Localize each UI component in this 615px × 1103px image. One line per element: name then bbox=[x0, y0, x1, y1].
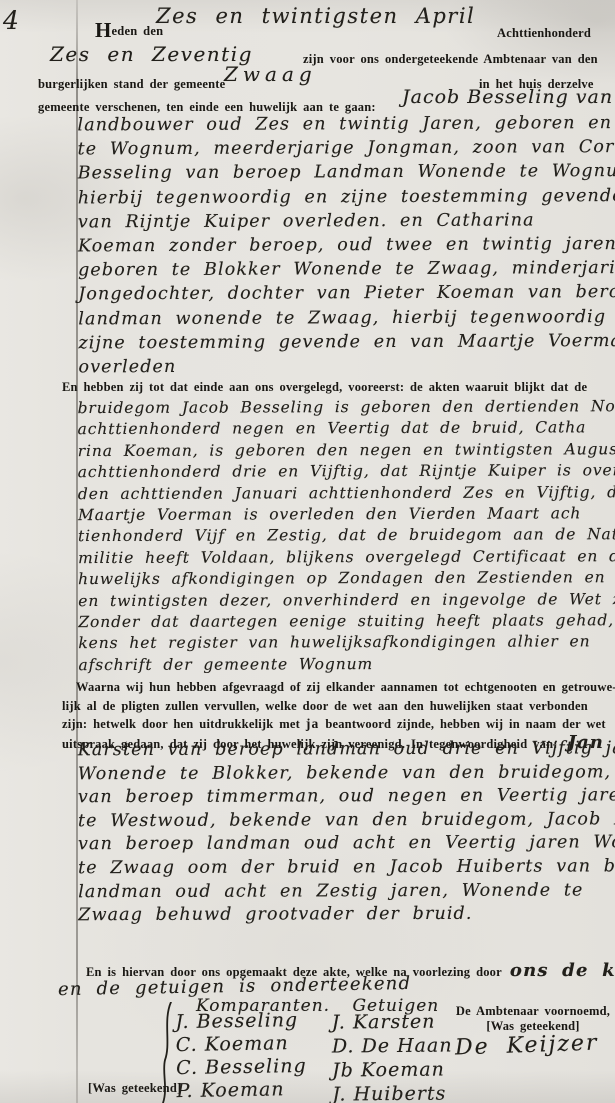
hand-line: Maartje Voerman is overleden den Vierden… bbox=[78, 503, 615, 527]
hand-line: Jongedochter, dochter van Pieter Koeman … bbox=[78, 280, 615, 307]
handwritten-block-parties: landbouwer oud Zes en twintig Jaren, geb… bbox=[77, 111, 615, 380]
handwritten-date: Zes en twintigsten April bbox=[156, 4, 475, 28]
official-title: De Ambtenaar voornoemd, bbox=[452, 1004, 614, 1019]
printed-line: zijn: hetwelk door hen uitdrukkelijk met… bbox=[62, 715, 607, 734]
hand-line: van Rijntje Kuiper overleden. en Cathari… bbox=[78, 207, 615, 234]
signature-getuige: Jb Koeman bbox=[332, 1057, 453, 1082]
handwritten-block-witnesses: Karsten van beroep landman oud drie en V… bbox=[78, 737, 615, 928]
printed-line: Waarna wij hun hebben afgevraagd of zij … bbox=[62, 678, 607, 697]
hand-line: bruidegom Jacob Besseling is geboren den… bbox=[78, 396, 615, 420]
hand-line: Wonende te Blokker, bekende van den brui… bbox=[78, 760, 615, 786]
signature-getuige: J. Karsten bbox=[332, 1009, 453, 1034]
hand-line: Koeman zonder beroep, oud twee en twinti… bbox=[78, 232, 615, 259]
hand-line: Zonder dat daartegen eenige stuiting hee… bbox=[78, 610, 615, 634]
hand-line: tienhonderd Vijf en Zestig, dat de bruid… bbox=[78, 524, 615, 548]
hand-line: afschrift der gemeente Wognum bbox=[78, 653, 615, 677]
hand-line: Karsten van beroep landman oud drie en V… bbox=[78, 737, 615, 763]
hand-line: te Zwaag oom der bruid en Jacob Huiberts… bbox=[78, 855, 615, 881]
hand-line: rina Koeman, is geboren den negen en twi… bbox=[78, 439, 615, 463]
handwritten-year: Zes en Zeventig bbox=[50, 42, 253, 66]
printed-heden-den: Heden den bbox=[95, 24, 163, 39]
hand-line: van beroep timmerman, oud negen en Veert… bbox=[78, 784, 615, 810]
drop-cap-h: H bbox=[95, 18, 112, 42]
hand-line: geboren te Blokker Wonende te Zwaag, min… bbox=[78, 256, 615, 283]
hand-line: den achttienden Januari achttienhonderd … bbox=[78, 482, 615, 506]
hand-line: zijne toestemming gevende en van Maartje… bbox=[78, 328, 615, 355]
hand-line: militie heeft Voldaan, blijkens overgele… bbox=[78, 546, 615, 570]
hand-line: Besseling van beroep Landman Wonende te … bbox=[78, 159, 615, 186]
handwritten-groom-intro: Jacob Besseling van beroep bbox=[402, 86, 615, 108]
official-attestation: De Ambtenaar voornoemd, [Was geteekend] bbox=[452, 1004, 614, 1034]
hand-line: huwelijks afkondigingen op Zondagen den … bbox=[78, 567, 615, 591]
hand-line: te Westwoud, bekende van den bruidegom, … bbox=[78, 808, 615, 834]
hand-line: achttienhonderd drie en Vijftig, dat Rij… bbox=[78, 460, 615, 484]
act-number: 4 bbox=[3, 6, 19, 35]
hand-line: overleden bbox=[78, 353, 615, 380]
signature-column-getuigen: J. Karsten D. De Haan Jb Koeman J. Huibe… bbox=[332, 1009, 453, 1103]
hand-line: landman wonende te Zwaag, hierbij tegenw… bbox=[78, 304, 615, 331]
hand-line: te Wognum, meerderjarige Jongman, zoon v… bbox=[78, 135, 615, 162]
hand-line: kens het register van huwelijksafkondigi… bbox=[78, 631, 615, 655]
hand-line: van beroep landman oud acht en Veertig j… bbox=[78, 831, 615, 857]
printed-ja-bold: ja bbox=[306, 716, 320, 731]
bottom-left-was-geteekend: [Was geteekend] bbox=[88, 1081, 181, 1096]
printed-segment: beantwoord zijnde, hebben wij in naam de… bbox=[325, 717, 605, 731]
signature-getuige: D. De Haan bbox=[332, 1033, 453, 1058]
printed-ambtenaar-line: zijn voor ons ondergeteekende Ambtenaar … bbox=[303, 52, 598, 67]
printed-overgelegd-line: En hebben zij tot dat einde aan ons over… bbox=[62, 380, 587, 395]
signature-comparant: P. Koeman bbox=[176, 1078, 307, 1103]
official-signature: De Keijzer bbox=[455, 1031, 599, 1061]
hand-line: en twintigsten dezer, onverhinderd en in… bbox=[78, 589, 615, 613]
printed-achttienhonderd: Achttienhonderd bbox=[497, 26, 591, 41]
printed-line: lijk al de pligten zullen vervullen, wel… bbox=[62, 697, 607, 716]
signature-getuige: J. Huiberts bbox=[332, 1081, 453, 1103]
hand-line: achttienhonderd negen en Veertig dat de … bbox=[78, 417, 615, 441]
hand-line: landman oud acht en Zestig jaren, Wonend… bbox=[78, 878, 615, 904]
hand-line: Zwaag behuwd grootvader der bruid. bbox=[78, 902, 615, 928]
handwritten-block-evidence: bruidegom Jacob Besseling is geboren den… bbox=[78, 396, 615, 676]
signature-column-comparanten: J. Besseling C. Koeman C. Besseling P. K… bbox=[175, 1009, 307, 1103]
signature-comparant: J. Besseling bbox=[175, 1009, 306, 1034]
hand-line: hierbij tegenwoordig en zijne toestemmin… bbox=[78, 183, 615, 210]
handwritten-gemeente: Zwaag bbox=[224, 62, 317, 86]
hand-line: landbouwer oud Zes en twintig Jaren, geb… bbox=[77, 111, 615, 138]
signature-comparant: C. Koeman bbox=[176, 1032, 307, 1057]
signature-comparant: C. Besseling bbox=[176, 1055, 307, 1080]
printed-segment: zijn: hetwelk door hen uitdrukkelijk met bbox=[62, 717, 300, 731]
handwritten-closing-append: ons de komparanten bbox=[510, 960, 615, 981]
printed-burgerlijken-stand: burgerlijken stand der gemeente bbox=[38, 77, 225, 92]
marriage-certificate-scan: 4 Heden den Zes en twintigsten April Ach… bbox=[0, 0, 615, 1103]
